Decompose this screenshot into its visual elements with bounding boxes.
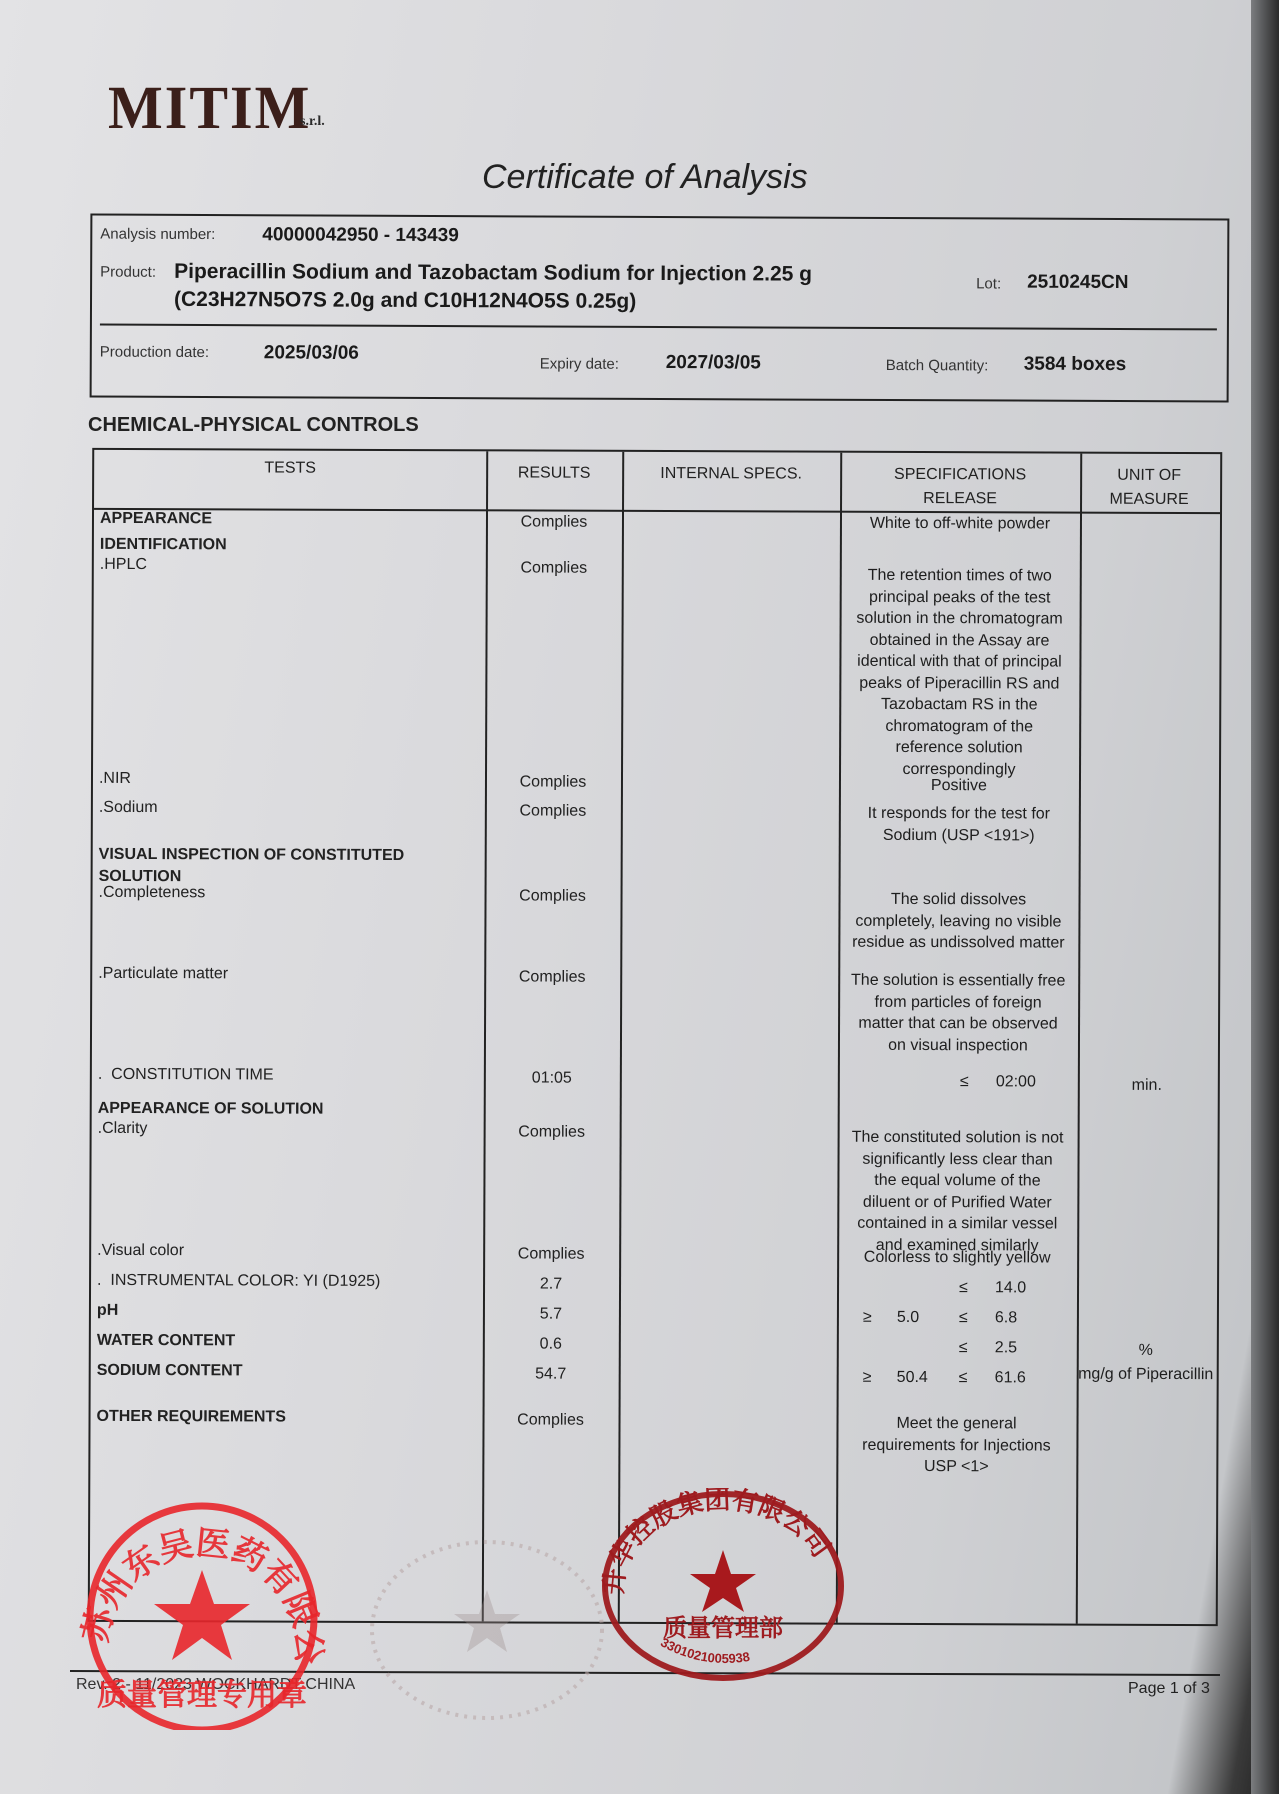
product-line-2: (C23H27N5O7S 2.0g and C10H12N4O5S 0.25g) <box>174 286 812 317</box>
test-result: Complies <box>484 1121 620 1143</box>
certificate-header-box: Analysis number: 40000042950 - 143439 Pr… <box>90 214 1230 403</box>
lot-number: 2510245CN <box>1027 272 1129 294</box>
expiry-date: 2027/03/05 <box>666 352 761 374</box>
test-name: .Clarity <box>98 1118 478 1141</box>
spec-max-value: 14.0 <box>995 1279 1026 1297</box>
product-line-1: Piperacillin Sodium and Tazobactam Sodiu… <box>174 258 812 289</box>
spec-min-value: 50.4 <box>897 1369 928 1387</box>
ge-symbol: ≥ <box>863 1369 872 1387</box>
unit-of-measure: mg/g of Piperacillin <box>1077 1364 1215 1386</box>
analysis-number-label: Analysis number: <box>100 226 215 244</box>
le-symbol: ≤ <box>960 1073 969 1091</box>
specification-limits: ≤2.5 <box>839 1339 1075 1362</box>
test-name: .NIR <box>99 768 479 791</box>
test-name: .Sodium <box>99 797 479 820</box>
product-label: Product: <box>100 264 156 281</box>
test-result: 54.7 <box>483 1363 619 1385</box>
test-result: Complies <box>484 966 620 988</box>
page-number: Page 1 of 3 <box>1128 1680 1210 1698</box>
test-name: .Completeness <box>99 882 479 905</box>
production-date-label: Production date: <box>100 344 209 361</box>
test-result: Complies <box>486 557 622 579</box>
ge-symbol: ≥ <box>863 1309 872 1327</box>
unit-of-measure: % <box>1077 1340 1215 1362</box>
test-result: Complies <box>485 800 621 822</box>
test-result: Complies <box>484 885 620 907</box>
test-name: .Visual color <box>97 1240 477 1263</box>
le-symbol: ≤ <box>959 1369 968 1387</box>
col-header-results: RESULTS <box>486 461 622 486</box>
analysis-number: 40000042950 - 143439 <box>262 224 459 247</box>
specification-limits: ≤14.0 <box>839 1279 1075 1302</box>
spec-max-value: 6.8 <box>995 1309 1017 1327</box>
column-divider <box>618 452 624 1622</box>
spec-min-value: 5.0 <box>897 1309 919 1327</box>
test-name: OTHER REQUIREMENTS <box>96 1406 476 1429</box>
col-header-specifications-release: SPECIFICATIONS RELEASE <box>864 463 1056 512</box>
spec-max-value: 02:00 <box>996 1073 1036 1091</box>
le-symbol: ≤ <box>959 1309 968 1327</box>
spec-max-value: 2.5 <box>995 1339 1017 1357</box>
le-symbol: ≤ <box>959 1279 968 1297</box>
test-name: . INSTRUMENTAL COLOR: YI (D1925) <box>97 1270 477 1293</box>
test-result: 0.6 <box>483 1333 619 1355</box>
test-name: APPEARANCE <box>100 508 480 531</box>
unit-of-measure: min. <box>1078 1075 1216 1097</box>
specification-text: White to off-white powder <box>842 513 1078 535</box>
product-name: Piperacillin Sodium and Tazobactam Sodiu… <box>174 258 812 317</box>
analysis-table: TESTS RESULTS INTERNAL SPECS. SPECIFICAT… <box>88 448 1222 1626</box>
specification-text: The solid dissolves completely, leaving … <box>840 889 1076 954</box>
test-name: .Particulate matter <box>98 963 478 986</box>
company-suffix: s.r.l. <box>300 114 325 130</box>
specification-text: The solution is essentially free from pa… <box>840 970 1076 1057</box>
col-header-internal-specs: INTERNAL SPECS. <box>622 462 840 487</box>
test-result: Complies <box>482 1409 618 1431</box>
specification-limits: ≤02:00 <box>840 1073 1076 1096</box>
le-symbol: ≤ <box>959 1339 968 1357</box>
header-divider <box>100 324 1217 331</box>
batch-quantity: 3584 boxes <box>1024 354 1127 376</box>
document-title: Certificate of Analysis <box>482 158 808 197</box>
test-result: 01:05 <box>484 1067 620 1089</box>
specification-text: Colorless to slightly yellow <box>839 1247 1075 1269</box>
specification-text: It responds for the test for Sodium (USP… <box>841 803 1077 847</box>
test-name: .HPLC <box>100 554 480 577</box>
specification-limits: ≥50.4≤61.6 <box>839 1369 1075 1392</box>
svg-text:3301021005938: 3301021005938 <box>658 1635 751 1666</box>
test-result: Complies <box>483 1243 619 1265</box>
section-title: CHEMICAL-PHYSICAL CONTROLS <box>88 414 419 437</box>
test-name: SODIUM CONTENT <box>97 1360 477 1383</box>
expiry-date-label: Expiry date: <box>540 355 619 372</box>
specification-text: Positive <box>841 775 1077 797</box>
test-name: pH <box>97 1300 477 1323</box>
table-body: APPEARANCECompliesWhite to off-white pow… <box>94 450 1220 454</box>
test-name: . CONSTITUTION TIME <box>98 1064 478 1087</box>
test-result: 5.7 <box>483 1303 619 1325</box>
test-result: Complies <box>486 511 622 533</box>
specification-text: The constituted solution is not signific… <box>839 1127 1075 1257</box>
specification-limits: ≥5.0≤6.8 <box>839 1309 1075 1332</box>
test-result: 2.7 <box>483 1273 619 1295</box>
batch-quantity-label: Batch Quantity: <box>886 357 989 374</box>
lot-label: Lot: <box>976 275 1001 292</box>
company-logo: MITIM <box>108 72 311 142</box>
production-date: 2025/03/06 <box>264 342 359 364</box>
test-result: Complies <box>485 771 621 793</box>
revision-note: Rev. 2 - 11/2023 WOCKHARDT CHINA <box>76 1676 355 1694</box>
specification-text: Meet the general requirements for Inject… <box>838 1413 1074 1478</box>
col-header-unit: UNIT OF MEASURE <box>1094 464 1204 512</box>
col-header-tests: TESTS <box>94 456 486 482</box>
paper-edge-shadow <box>1251 0 1279 1794</box>
test-name: WATER CONTENT <box>97 1330 477 1353</box>
column-divider <box>482 451 488 1621</box>
specification-text: The retention times of two principal pea… <box>841 565 1078 781</box>
spec-max-value: 61.6 <box>995 1369 1026 1387</box>
